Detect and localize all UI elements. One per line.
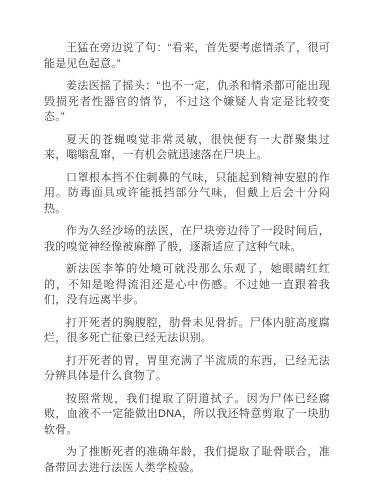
paragraph-3: 夏天的苍蝇嗅觉非常灵敏，很快便有一大群聚集过来，嗡嗡乱窜，一有机会就迅速落在尸块… <box>44 133 330 164</box>
paragraph-8: 打开死者的胃，胃里充满了半流质的东西，已经无法分辨具体是什么食物了。 <box>44 354 330 385</box>
paragraph-9: 按照常规，我们提取了阴道拭子。因为尸体已经腐败，血液不一定能做出DNA，所以我还… <box>44 392 330 439</box>
reader-page: 王猛在旁边说了句：“看来，首先要考虑情杀了，很可能是见色起意。” 姜法医摇了摇头… <box>0 0 370 480</box>
paragraph-1: 王猛在旁边说了句：“看来，首先要考虑情杀了，很可能是见色起意。” <box>44 41 330 72</box>
paragraph-7: 打开死者的胸腹腔，肋骨未见骨折。尸体内脏高度腐烂，很多死亡征象已经无法识别。 <box>44 316 330 347</box>
paragraph-4: 口罩根本挡不住刺鼻的气味，只能起到精神安慰的作用。防毒面具或许能抵挡部分气味，但… <box>44 171 330 218</box>
paragraph-2: 姜法医摇了摇头：“也不一定，仇杀和情杀都可能出现毁损死者性器官的情节，不过这个嫌… <box>44 79 330 126</box>
paragraph-10: 为了推断死者的准确年龄，我们提取了耻骨联合，准备带回去进行法医人类学检验。 <box>44 445 330 476</box>
paragraph-6: 新法医李筝的处境可就没那么乐观了，她眼睛红红的，不知是呛得流泪还是心中伤感。不过… <box>44 262 330 309</box>
paragraph-5: 作为久经沙场的法医，在尸块旁边待了一段时间后，我的嗅觉神经像被麻醉了般，逐渐适应… <box>44 224 330 255</box>
